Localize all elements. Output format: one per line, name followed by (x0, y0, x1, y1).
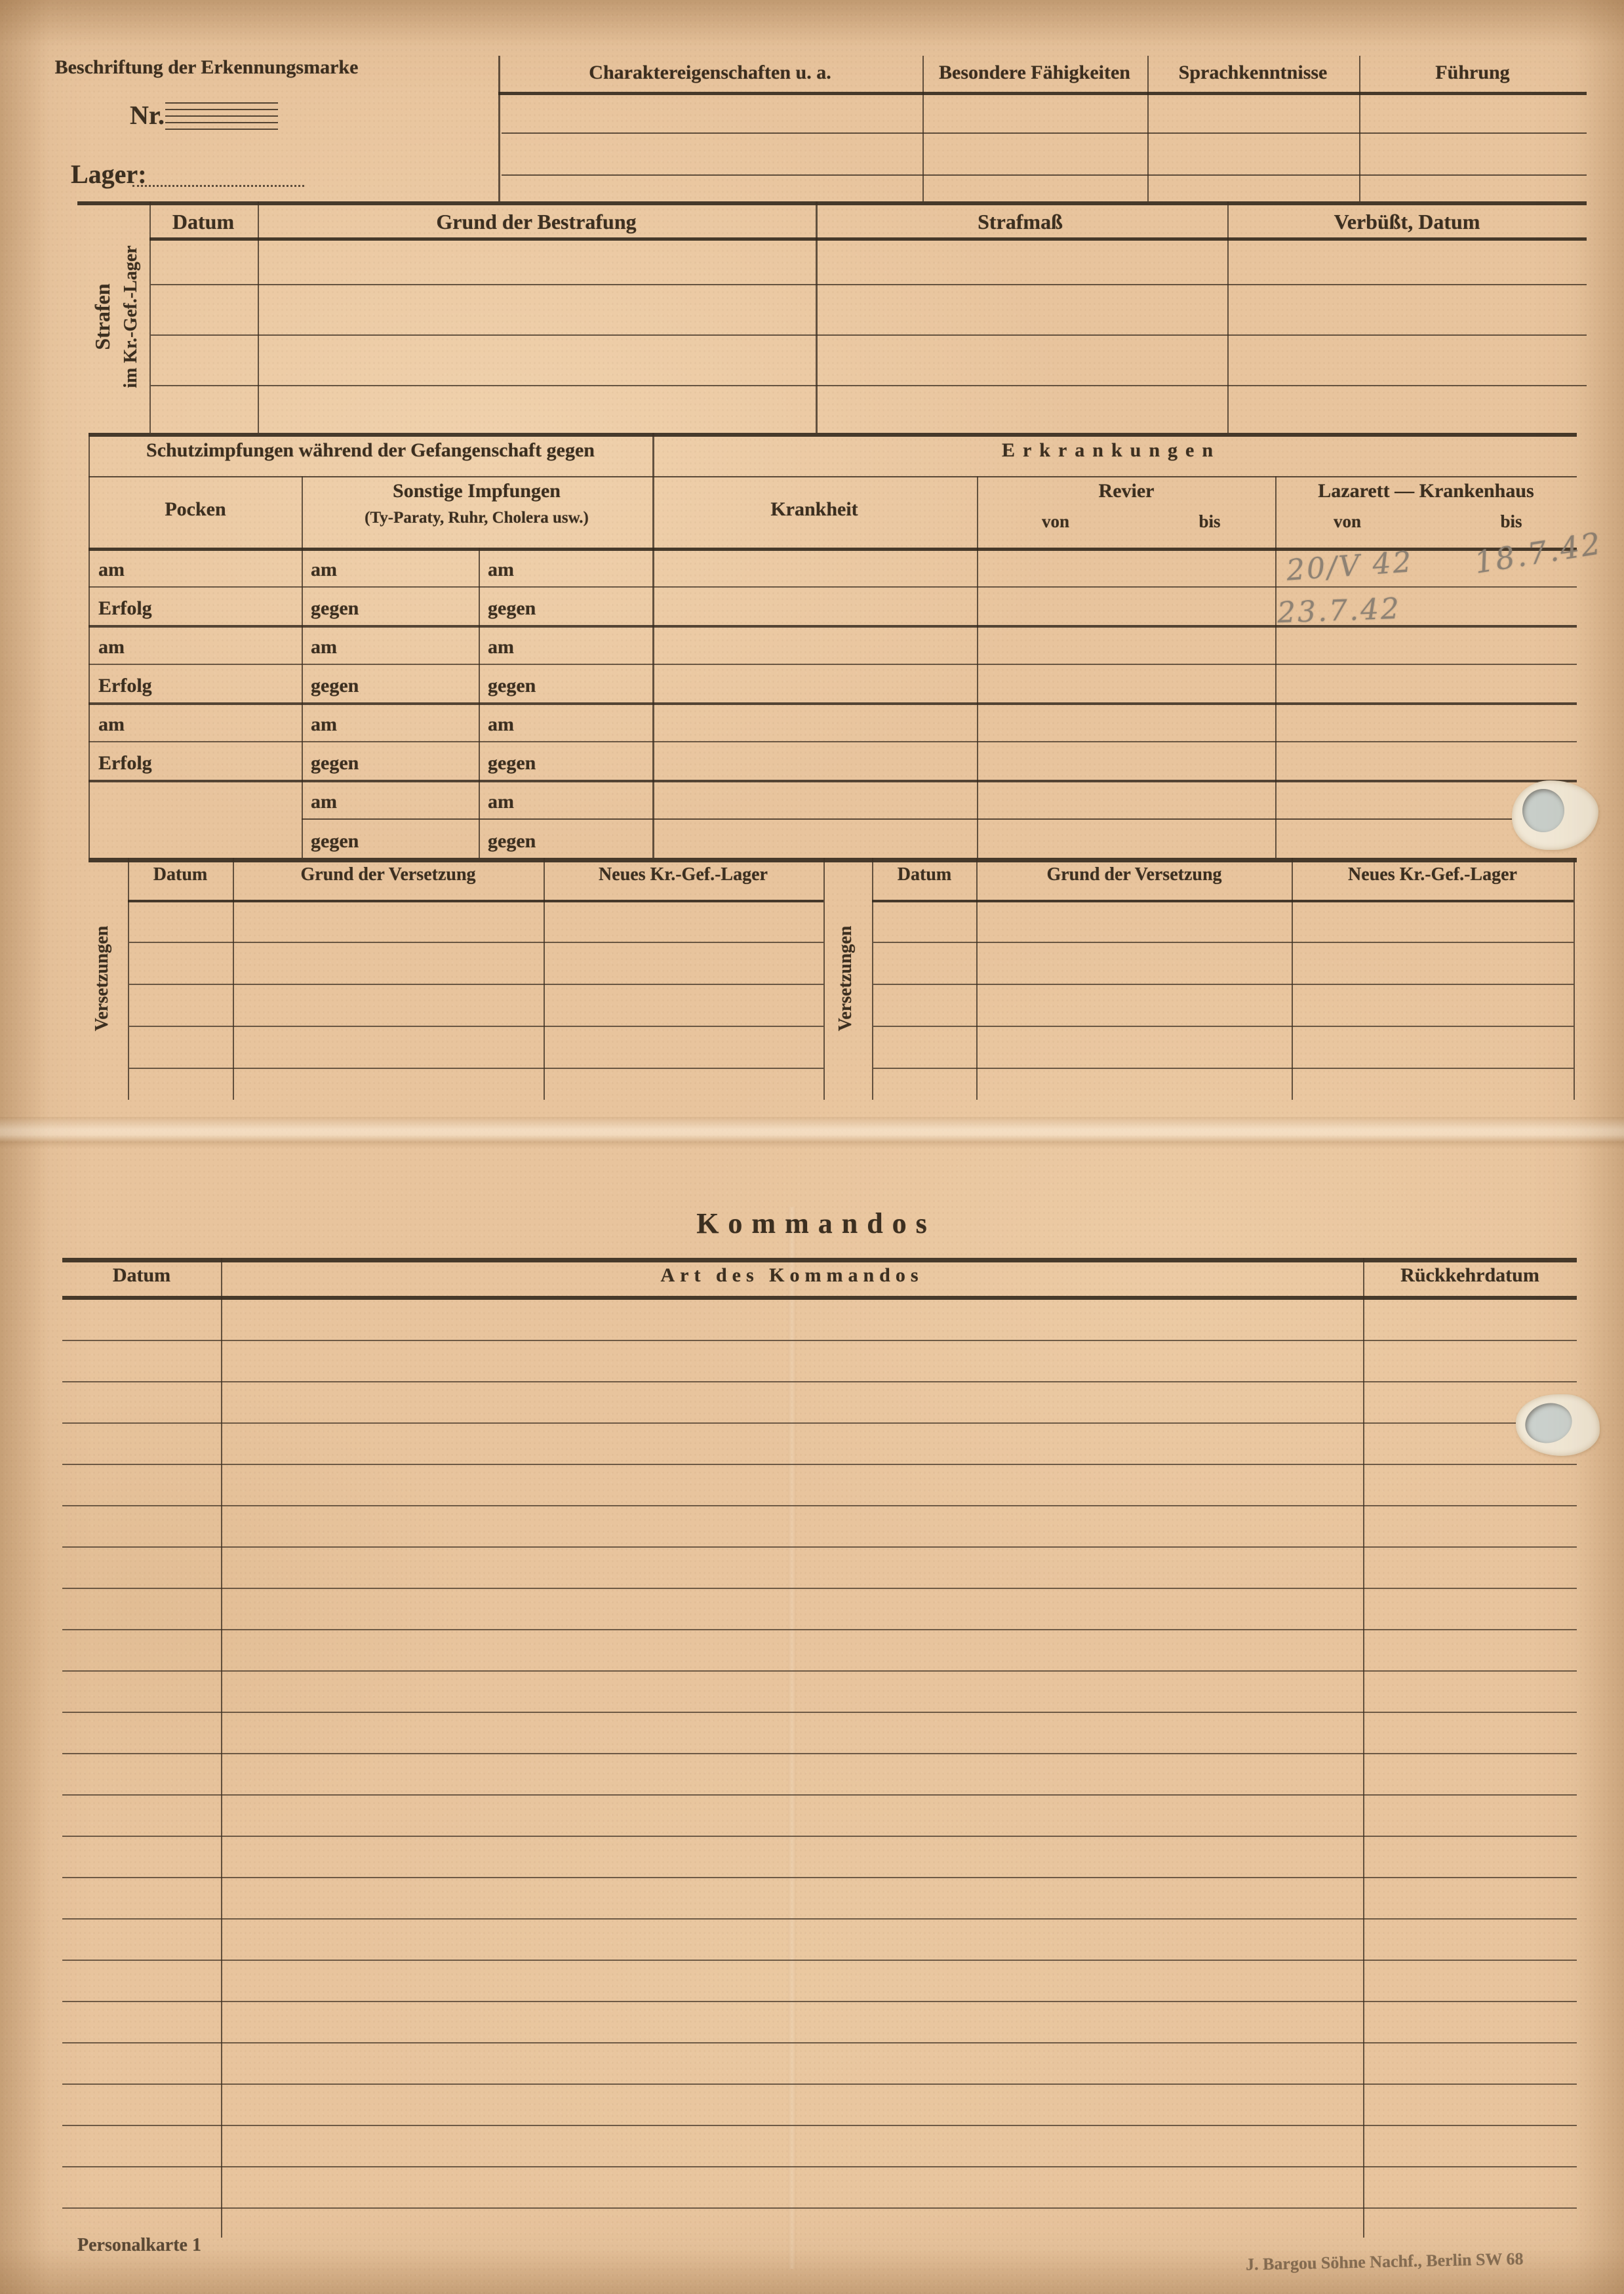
strafen-row-lines (151, 284, 1587, 388)
erkr-col-revier: Revier (1099, 480, 1155, 502)
badge-lager-dotted-line (132, 157, 304, 187)
header-rule (498, 92, 1587, 95)
sonstige2-am-label: am (488, 791, 514, 813)
erkrankungen-title: Erkrankungen (1002, 439, 1221, 462)
kmd-header-datum: Datum (113, 1264, 170, 1287)
vacc-row-line (302, 818, 1577, 820)
vers-left-header-grund: Grund der Versetzung (300, 864, 475, 885)
erkr-lazarett-bis: bis (1500, 512, 1522, 532)
vers-right-header-neues: Neues Kr.-Gef.-Lager (1348, 864, 1517, 885)
divider (1359, 56, 1360, 201)
handwriting-lazarett-von-2: 23.7.42 (1277, 592, 1402, 630)
sonstige2-gegen-label: gegen (488, 830, 536, 853)
versetzungen-side-label-left: Versetzungen (92, 860, 115, 1097)
sonstige1-gegen-label: gegen (311, 597, 359, 620)
strafen-side-label-line2: im Kr.-Gef.-Lager (117, 179, 146, 454)
versetzungen-side-label-right: Versetzungen (835, 860, 859, 1097)
pocken-erfolg-label: Erfolg (98, 675, 152, 697)
sonstige1-am-label: am (311, 559, 337, 581)
personalkarte-back-page: Beschriftung der Erkennungsmarke Nr. Lag… (0, 0, 1624, 2294)
strafen-header-strafmass: Strafmaß (978, 210, 1063, 234)
section-rule (89, 858, 1577, 862)
badge-nr-label: Nr. (130, 100, 165, 131)
footer-form-name: Personalkarte 1 (77, 2235, 201, 2256)
header-rule (128, 900, 823, 902)
pocken-am-label: am (98, 559, 125, 581)
vers-left-header-neues: Neues Kr.-Gef.-Lager (599, 864, 768, 885)
section-rule (89, 433, 1577, 437)
strafen-header-datum: Datum (172, 210, 234, 234)
table-border (1574, 858, 1575, 1100)
header-rule (149, 237, 1587, 241)
erkr-revier-von: von (1042, 512, 1069, 532)
divider (1147, 56, 1149, 201)
strafen-side-label-line1: Strafen (88, 179, 117, 454)
header-rule (89, 476, 1577, 477)
traits-header-character: Charaktereigenschaften u. a. (589, 62, 831, 84)
sonstige2-am-label: am (488, 559, 514, 581)
traits-header-conduct: Führung (1435, 62, 1509, 84)
erkr-lazarett-von: von (1334, 512, 1361, 532)
impf-col-sonstige-line1: Sonstige Impfungen (393, 480, 561, 502)
erkr-revier-bis: bis (1198, 512, 1220, 532)
sonstige1-gegen-label: gegen (311, 752, 359, 775)
vers-left-header-datum: Datum (153, 864, 207, 885)
badge-nr-ruled-lines (165, 102, 278, 132)
sonstige1-am-label: am (311, 636, 337, 658)
impf-title: Schutzimpfungen während der Gefangenscha… (146, 439, 595, 462)
sonstige1-gegen-label: gegen (311, 675, 359, 697)
pocken-am-label: am (98, 714, 125, 736)
strafen-header-verbuesst: Verbüßt, Datum (1334, 210, 1480, 234)
pocken-am-label: am (98, 636, 125, 658)
pocken-erfolg-label: Erfolg (98, 752, 152, 775)
erkr-col-krankheit: Krankheit (770, 498, 858, 521)
section-rule (62, 1258, 1577, 1262)
traits-header-abilities: Besondere Fähigkeiten (939, 62, 1130, 84)
impf-col-sonstige-line2: (Ty-Paraty, Ruhr, Cholera usw.) (365, 509, 589, 527)
sonstige2-gegen-label: gegen (488, 675, 536, 697)
sonstige1-am-label: am (311, 714, 337, 736)
table-border (823, 858, 825, 1100)
vers-right-header-grund: Grund der Versetzung (1046, 864, 1221, 885)
traits-header-languages: Sprachkenntnisse (1179, 62, 1328, 84)
divider (922, 56, 924, 201)
sonstige2-am-label: am (488, 714, 514, 736)
kmd-header-art: Art des Kommandos (660, 1264, 923, 1287)
erkr-col-lazarett: Lazarett — Krankenhaus (1318, 480, 1534, 502)
divider (498, 56, 500, 201)
strafen-header-grund: Grund der Bestrafung (436, 210, 636, 234)
vers-right-row-lines (873, 942, 1574, 1070)
kmd-header-rueckkehr: Rückkehrdatum (1400, 1264, 1539, 1287)
punch-hole (1522, 789, 1564, 832)
strafen-side-label: Strafen im Kr.-Gef.-Lager (88, 179, 148, 454)
fold-crease (0, 1117, 1624, 1148)
impf-col-pocken: Pocken (165, 498, 226, 521)
header-rule (62, 1296, 1577, 1300)
kommandos-title: Kommandos (696, 1207, 936, 1240)
sonstige2-gegen-label: gegen (488, 597, 536, 620)
sonstige1-gegen-label: gegen (311, 830, 359, 853)
pocken-erfolg-label: Erfolg (98, 597, 152, 620)
sonstige1-am-label: am (311, 791, 337, 813)
vers-right-header-datum: Datum (898, 864, 951, 885)
sonstige2-am-label: am (488, 636, 514, 658)
section-rule (77, 201, 1587, 205)
kmd-row-lines (62, 1340, 1577, 2210)
vers-left-row-lines (129, 942, 823, 1070)
traits-row-lines (502, 132, 1587, 176)
badge-title: Beschriftung der Erkennungsmarke (55, 56, 359, 79)
sonstige2-gegen-label: gegen (488, 752, 536, 775)
header-rule (872, 900, 1574, 902)
